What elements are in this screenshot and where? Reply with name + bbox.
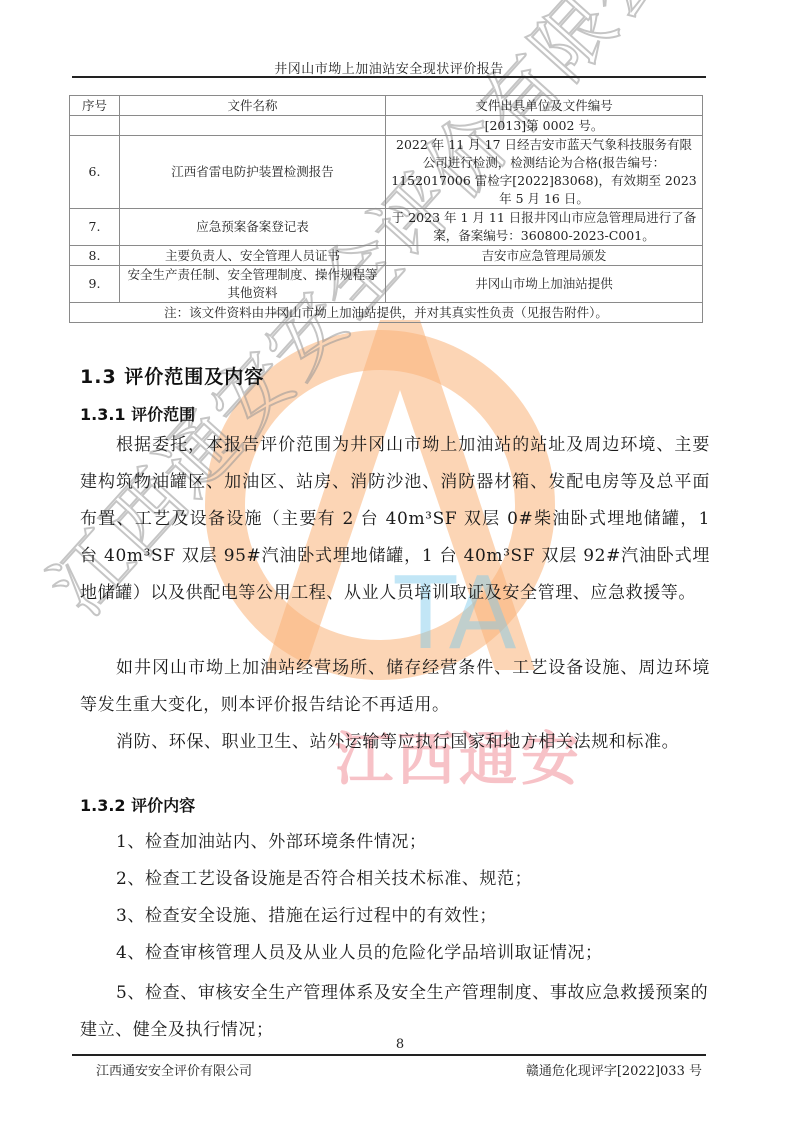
cell-number [70, 116, 120, 136]
table-row: 7. 应急预案备案登记表 于 2023 年 1 月 11 日报井冈山市应急管理局… [70, 209, 703, 246]
content-list-item: 2、检查工艺设备设施是否符合相关技术标准、规范； [116, 864, 532, 889]
cell-document-name: 主要负责人、安全管理人员证书 [120, 246, 386, 266]
table-note-row: 注：该文件资料由井冈山市坳上加油站提供，并对其真实性负责（见报告附件）。 [70, 303, 703, 323]
page-number: 8 [380, 1037, 420, 1052]
cell-number: 8. [70, 246, 120, 266]
column-header-number: 序号 [70, 96, 120, 116]
header-divider [72, 76, 706, 78]
footer-document-number: 赣通危化现评字[2022]033 号 [470, 1060, 702, 1079]
column-header-document-name: 文件名称 [120, 96, 386, 116]
cell-issuer: 于 2023 年 1 月 11 日报井冈山市应急管理局进行了备案，备案编号：36… [386, 209, 703, 246]
cell-number: 6. [70, 136, 120, 209]
footer-company-name: 江西通安安全评价有限公司 [96, 1060, 252, 1079]
cell-issuer: 吉安市应急管理局颁发 [386, 246, 703, 266]
table-header-row: 序号 文件名称 文件出具单位及文件编号 [70, 96, 703, 116]
cell-issuer: [2013]第 0002 号。 [386, 116, 703, 136]
cell-document-name [120, 116, 386, 136]
section-heading-1-3-1: 1.3.1 评价范围 [80, 402, 195, 425]
table-note: 注：该文件资料由井冈山市坳上加油站提供，并对其真实性负责（见报告附件）。 [70, 303, 703, 323]
table-row: 9. 安全生产责任制、安全管理制度、操作规程等其他资料 井冈山市坳上加油站提供 [70, 266, 703, 303]
section-heading-1-3-2: 1.3.2 评价内容 [80, 793, 195, 816]
scope-paragraph-3: 消防、环保、职业卫生、站外运输等应执行国家和地方相关法规和标准。 [80, 724, 710, 761]
content-list-item: 1、检查加油站内、外部环境条件情况； [116, 827, 427, 852]
cell-issuer: 井冈山市坳上加油站提供 [386, 266, 703, 303]
content-list-item: 3、检查安全设施、措施在运行过程中的有效性； [116, 901, 497, 926]
document-list-table: 序号 文件名称 文件出具单位及文件编号 [2013]第 0002 号。 6. 江… [69, 95, 703, 323]
page-header-title: 井冈山市坳上加油站安全现状评价报告 [72, 58, 706, 77]
column-header-issuer: 文件出具单位及文件编号 [386, 96, 703, 116]
cell-document-name: 应急预案备案登记表 [120, 209, 386, 246]
cell-document-name: 江西省雷电防护装置检测报告 [120, 136, 386, 209]
table-row: 8. 主要负责人、安全管理人员证书 吉安市应急管理局颁发 [70, 246, 703, 266]
cell-issuer: 2022 年 11 月 17 日经吉安市蓝天气象科技服务有限公司进行检测，检测结… [386, 136, 703, 209]
section-heading-1-3: 1.3 评价范围及内容 [80, 362, 264, 389]
scope-paragraph-1: 根据委托，本报告评价范围为井冈山市坳上加油站的站址及周边环境、主要建构筑物油罐区… [80, 427, 710, 612]
cell-document-name: 安全生产责任制、安全管理制度、操作规程等其他资料 [120, 266, 386, 303]
table-row: [2013]第 0002 号。 [70, 116, 703, 136]
content-list-item: 4、检查审核管理人员及从业人员的危险化学品培训取证情况； [116, 938, 603, 963]
cell-number: 7. [70, 209, 120, 246]
scope-paragraph-2: 如井冈山市坳上加油站经营场所、储存经营条件、工艺设备设施、周边环境等发生重大变化… [80, 650, 710, 724]
cell-number: 9. [70, 266, 120, 303]
table-row: 6. 江西省雷电防护装置检测报告 2022 年 11 月 17 日经吉安市蓝天气… [70, 136, 703, 209]
footer-divider [72, 1054, 706, 1056]
